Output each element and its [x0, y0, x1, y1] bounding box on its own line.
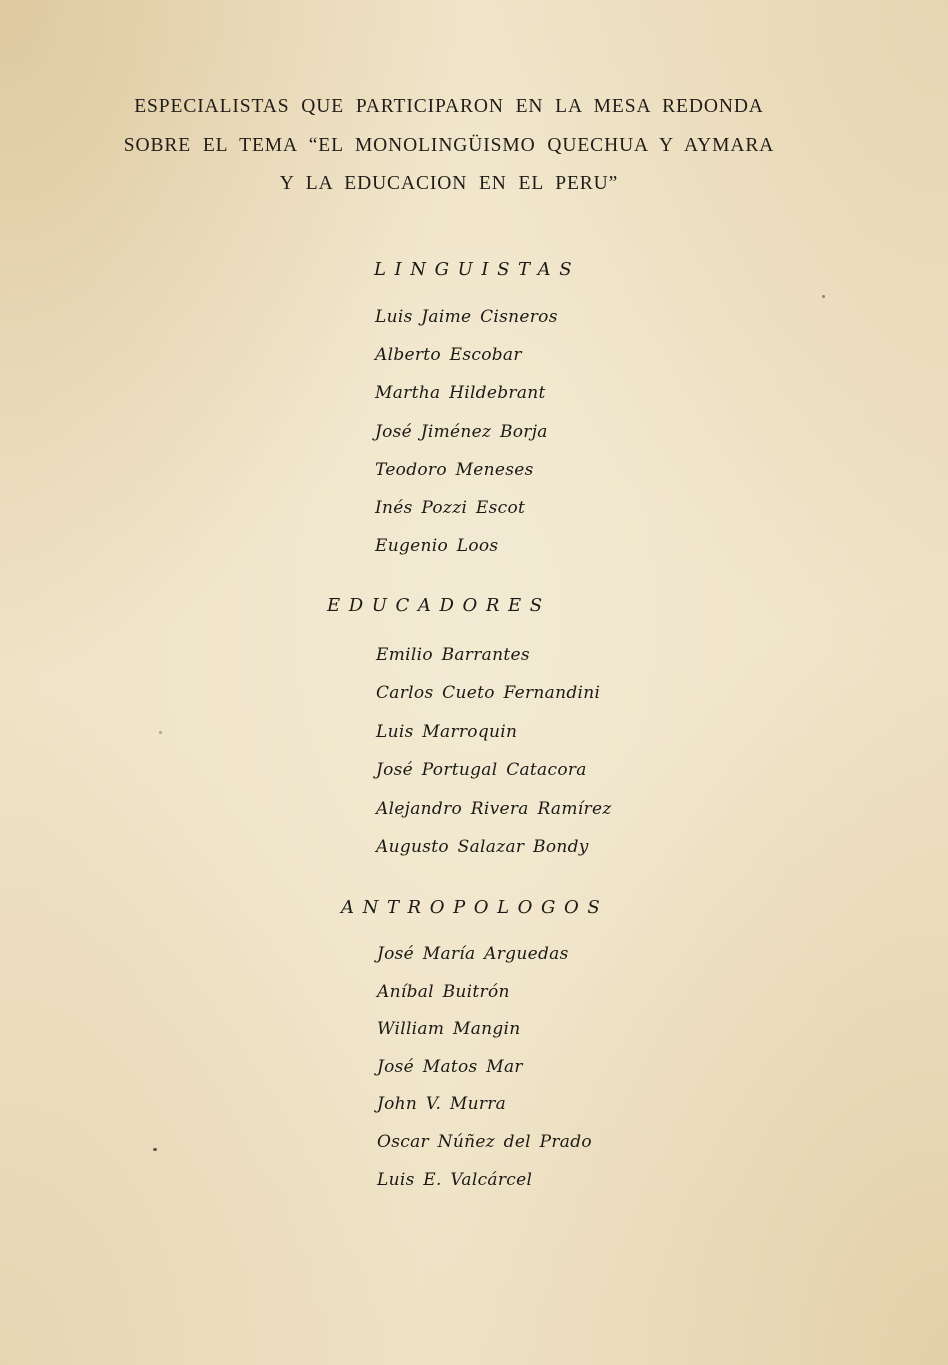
section-title-linguistas: LINGUISTAS [374, 259, 580, 280]
list-item: Emilio Barrantes [376, 643, 612, 681]
list-item: Oscar Núñez del Prado [377, 1130, 592, 1168]
section-title-educadores: EDUCADORES [327, 595, 551, 616]
list-item: José Portugal Catacora [376, 758, 612, 796]
list-item: Luis E. Valcárcel [377, 1168, 592, 1206]
list-item: Alejandro Rivera Ramírez [376, 797, 612, 835]
paper-speck [153, 1148, 157, 1151]
list-item: Alberto Escobar [375, 343, 558, 381]
list-item: Eugenio Loos [375, 534, 558, 572]
list-item: Teodoro Meneses [375, 458, 558, 496]
section-title-antropologos: ANTROPOLOGOS [341, 897, 608, 918]
name-list-educadores: Emilio Barrantes Carlos Cueto Fernandini… [376, 643, 612, 873]
name-list-linguistas: Luis Jaime Cisneros Alberto Escobar Mart… [375, 305, 558, 572]
list-item: William Mangin [377, 1017, 592, 1055]
page-heading: ESPECIALISTAS QUE PARTICIPARON EN LA MES… [70, 88, 828, 204]
list-item: Aníbal Buitrón [377, 980, 592, 1018]
list-item: John V. Murra [377, 1092, 592, 1130]
heading-line-1: ESPECIALISTAS QUE PARTICIPARON EN LA MES… [70, 88, 828, 127]
paper-speck [822, 295, 825, 298]
name-list-antropologos: José María Arguedas Aníbal Buitrón Willi… [377, 942, 592, 1205]
heading-line-2: SOBRE EL TEMA “EL MONOLINGÜISMO QUECHUA … [70, 127, 828, 166]
paper-speck [159, 731, 162, 734]
heading-line-3: Y LA EDUCACION EN EL PERU” [70, 165, 828, 204]
list-item: Luis Jaime Cisneros [375, 305, 558, 343]
list-item: José María Arguedas [377, 942, 592, 980]
list-item: Carlos Cueto Fernandini [376, 681, 612, 719]
list-item: Martha Hildebrant [375, 381, 558, 419]
document-page: ESPECIALISTAS QUE PARTICIPARON EN LA MES… [0, 0, 948, 1365]
list-item: José Jiménez Borja [375, 420, 558, 458]
list-item: Augusto Salazar Bondy [376, 835, 612, 873]
list-item: José Matos Mar [377, 1055, 592, 1093]
list-item: Luis Marroquin [376, 720, 612, 758]
list-item: Inés Pozzi Escot [375, 496, 558, 534]
